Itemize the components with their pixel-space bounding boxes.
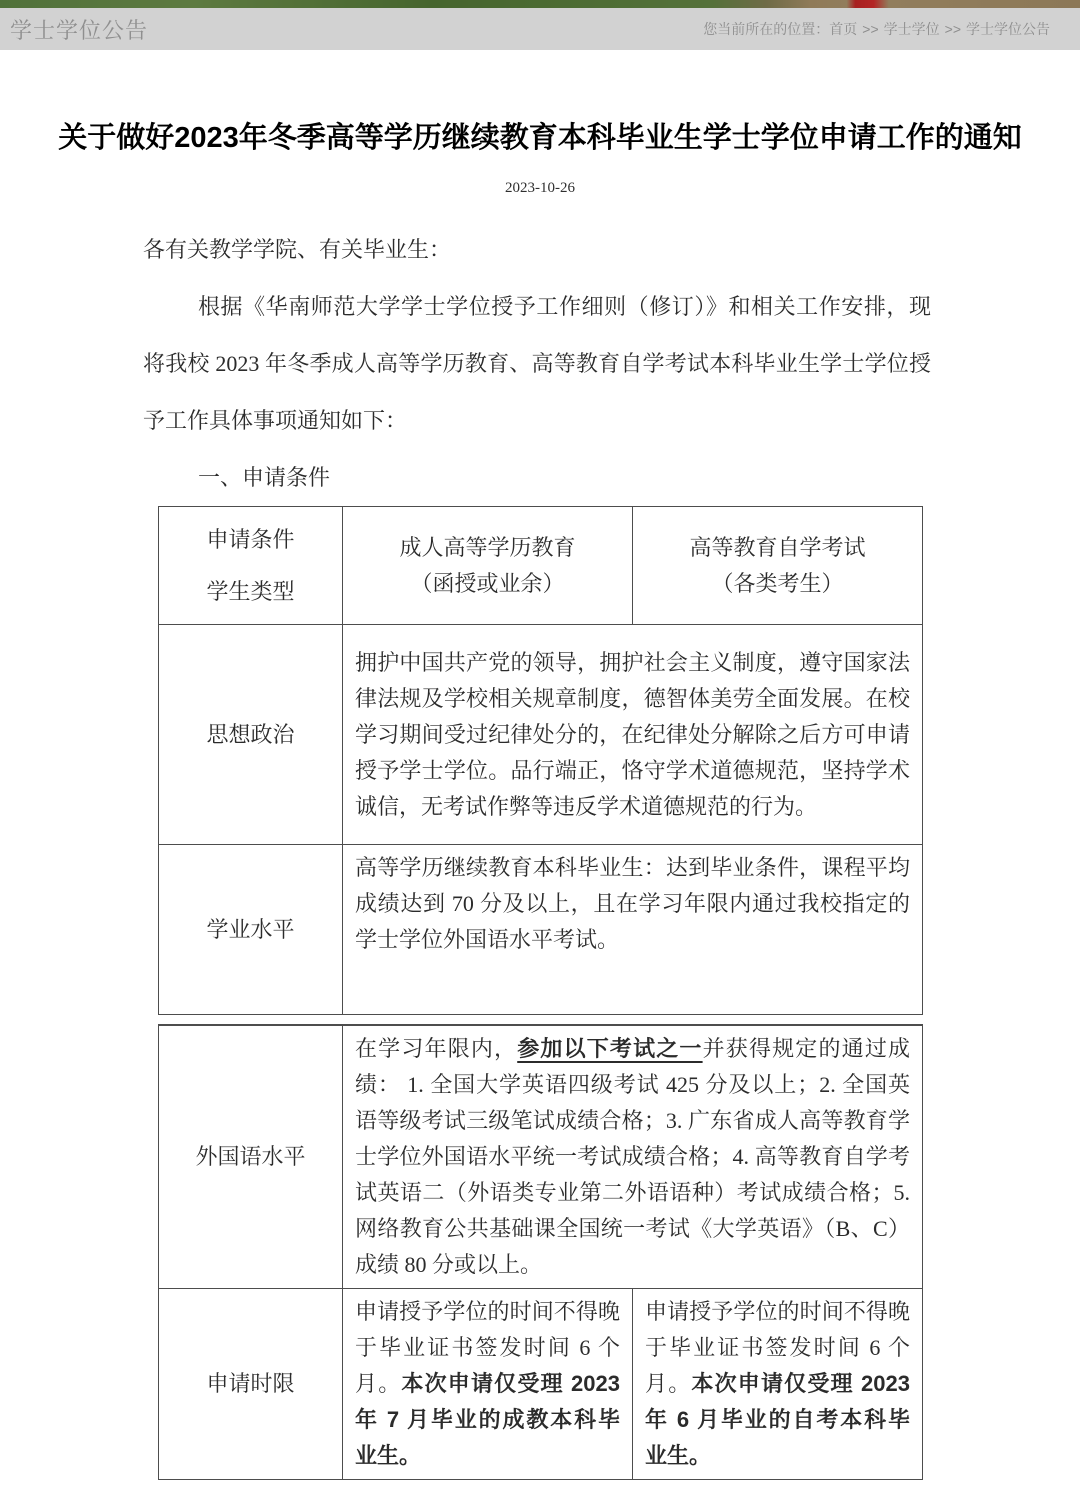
table-page-break-gap: [143, 1015, 931, 1024]
breadcrumb-label: 您当前所在的位置：: [703, 19, 829, 39]
conditions-table-part2: 外国语水平 在学习年限内，参加以下考试之一并获得规定的通过成绩： 1. 全国大学…: [158, 1024, 923, 1480]
breadcrumb-degree-link[interactable]: 学士学位: [884, 19, 940, 39]
article-content: 关于做好2023年冬季高等学历继续教育本科毕业生学士学位申请工作的通知 2023…: [0, 50, 1080, 1480]
breadcrumb-announcement-link[interactable]: 学士学位公告: [966, 19, 1050, 39]
breadcrumb-separator: >>: [945, 21, 961, 37]
section-title: 学士学位公告: [10, 14, 148, 45]
article-date: 2023-10-26: [0, 180, 1080, 197]
cell-academic-level-content: 高等学历继续教育本科毕业生：达到毕业条件，课程平均成绩达到 70 分及以上，且在…: [343, 845, 923, 1015]
salutation-paragraph: 各有关教学学院、有关毕业生：: [143, 221, 931, 278]
cell-deadline-adult-education: 申请授予学位的时间不得晚于毕业证书签发时间 6 个月。本次申请仅受理 2023 …: [343, 1289, 633, 1480]
corner-header-top: 申请条件: [163, 522, 338, 558]
column-header-self-study-exam: 高等教育自学考试 （各类考生）: [633, 507, 923, 625]
table-row: 思想政治 拥护中国共产党的领导，拥护社会主义制度，遵守国家法律法规及学校相关规章…: [159, 625, 923, 845]
table-row: 外国语水平 在学习年限内，参加以下考试之一并获得规定的通过成绩： 1. 全国大学…: [159, 1025, 923, 1289]
cell-political-ideology-content: 拥护中国共产党的领导，拥护社会主义制度，遵守国家法律法规及学校相关规章制度，德智…: [343, 625, 923, 845]
breadcrumb-home-link[interactable]: 首页: [829, 19, 857, 39]
emphasized-exam-clause: 参加以下考试之一: [517, 1036, 702, 1061]
cell-foreign-language-content: 在学习年限内，参加以下考试之一并获得规定的通过成绩： 1. 全国大学英语四级考试…: [343, 1025, 923, 1289]
breadcrumb-separator: >>: [862, 21, 878, 37]
document-body: 各有关教学学院、有关毕业生： 根据《华南师范大学学士学位授予工作细则（修订）》和…: [143, 221, 931, 1480]
corner-header-cell: 申请条件 学生类型: [159, 507, 343, 625]
row-label-academic-level: 学业水平: [159, 845, 343, 1015]
section-heading-application-conditions: 一、申请条件: [143, 449, 931, 506]
row-label-application-deadline: 申请时限: [159, 1289, 343, 1480]
conditions-table-part1: 申请条件 学生类型 成人高等学历教育 （函授或业余） 高等教育自学考试 （各类考…: [158, 506, 923, 1015]
table-row: 申请时限 申请授予学位的时间不得晚于毕业证书签发时间 6 个月。本次申请仅受理 …: [159, 1289, 923, 1480]
campus-photo-banner: [0, 0, 1080, 8]
table-row: 申请条件 学生类型 成人高等学历教育 （函授或业余） 高等教育自学考试 （各类考…: [159, 507, 923, 625]
breadcrumb: 您当前所在的位置： 首页 >> 学士学位 >> 学士学位公告: [703, 19, 1050, 39]
cell-deadline-self-study: 申请授予学位的时间不得晚于毕业证书签发时间 6 个月。本次申请仅受理 2023 …: [633, 1289, 923, 1480]
column-header-adult-education: 成人高等学历教育 （函授或业余）: [343, 507, 633, 625]
article-title: 关于做好2023年冬季高等学历继续教育本科毕业生学士学位申请工作的通知: [50, 120, 1030, 156]
intro-paragraph: 根据《华南师范大学学士学位授予工作细则（修订）》和相关工作安排，现将我校 202…: [143, 278, 931, 449]
row-label-foreign-language-level: 外国语水平: [159, 1025, 343, 1289]
table-row: 学业水平 高等学历继续教育本科毕业生：达到毕业条件，课程平均成绩达到 70 分及…: [159, 845, 923, 1015]
row-label-political-ideology: 思想政治: [159, 625, 343, 845]
section-header-bar: 学士学位公告 您当前所在的位置： 首页 >> 学士学位 >> 学士学位公告: [0, 8, 1080, 50]
corner-header-bottom: 学生类型: [163, 574, 338, 610]
